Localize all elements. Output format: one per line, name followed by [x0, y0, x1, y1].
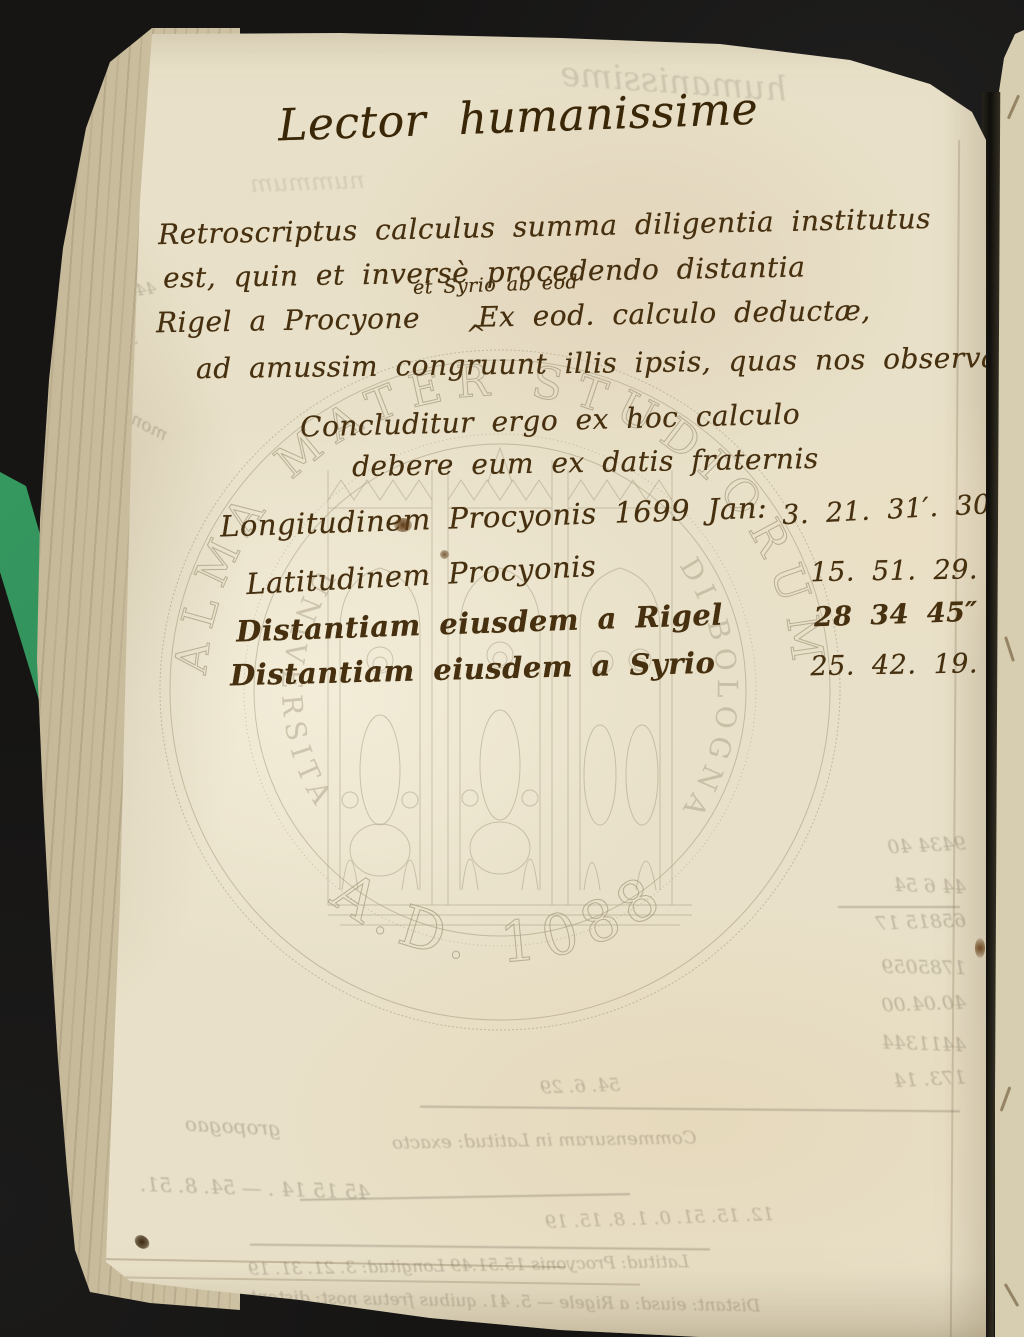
- bleedthrough-rule: [250, 1244, 710, 1251]
- measurement-value: 28 34 45″: [782, 597, 979, 635]
- bleedthrough-text: 54. 6. 29: [540, 1075, 621, 1099]
- page-title: Lector humanissime: [277, 84, 759, 152]
- ink-mark: [1000, 1086, 1012, 1111]
- ink-blot: [132, 1232, 152, 1251]
- measurement-value: 15. 51. 29.: [782, 554, 979, 588]
- bleedthrough-rule: [420, 1106, 960, 1113]
- page-crease: [120, 1276, 640, 1285]
- body-line-1: Retroscriptus calculus summa diligentia …: [158, 202, 932, 251]
- body-line-3-right: Ex eod. calculo deductæ,: [478, 294, 871, 334]
- ink-mark: [1004, 636, 1015, 662]
- ink-blot: [394, 518, 412, 532]
- page-crease: [950, 140, 960, 1337]
- ink-mark: [1004, 1283, 1020, 1307]
- svg-text:A.D. 1088: A.D. 1088: [320, 859, 679, 976]
- seal-inner-legend-right: DI BOLOGNA: [673, 552, 744, 829]
- manuscript-page: humanissime nummum 44. 50. 54. mony 9434…: [0, 0, 1024, 1337]
- seal-bottom-legend: A.D. 1088: [320, 859, 679, 976]
- bleedthrough-text: nummum: [250, 166, 366, 198]
- bleedthrough-text: gropogao: [184, 1112, 281, 1141]
- body-line-3-left: Rigel a Procyone: [156, 302, 421, 340]
- measurement-value: 25. 42. 19.: [782, 648, 979, 682]
- ink-blot: [440, 550, 449, 559]
- manuscript-scan: humanissime nummum 44. 50. 54. mony 9434…: [0, 0, 1024, 1337]
- bleedthrough-text: 12. 15. 51. 0. 1. 8. 15. 19: [545, 1204, 775, 1233]
- caret-mark: ^: [465, 319, 488, 348]
- ink-mark: [1007, 95, 1020, 120]
- interlinear-insertion: et Syrio ab eod: [413, 271, 579, 299]
- binding-stitch: [975, 938, 985, 958]
- svg-text:DI BOLOGNA: DI BOLOGNA: [673, 552, 744, 829]
- bleedthrough-text: Commensuram in Latitud: exacto: [392, 1127, 697, 1153]
- bleedthrough-text: Distant: eiusd: a Rigele — 5. 41. quibus…: [250, 1288, 760, 1317]
- bleedthrough-numbers: 173. 14: [826, 1066, 967, 1095]
